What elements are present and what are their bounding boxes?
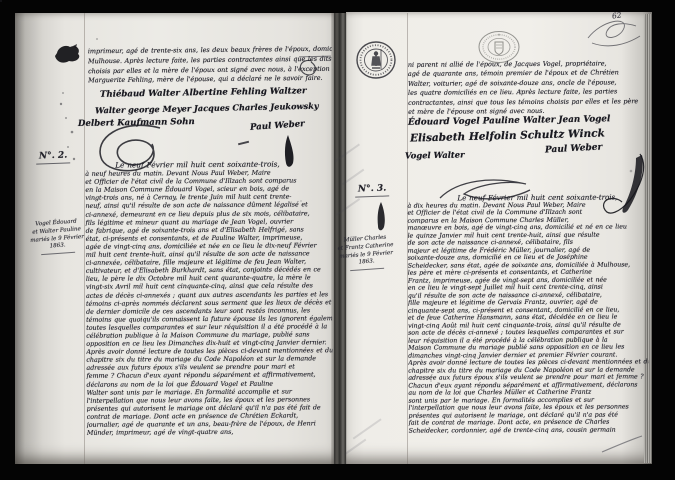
ink-blot bbox=[53, 43, 83, 67]
pen-stroke-bottom-right bbox=[602, 436, 644, 454]
margin-note-left: Vogel Édouardet Walter Paulinemariés le … bbox=[24, 218, 90, 257]
handwritten-line: femme ? Chacun d'eux ayant répondu sépar… bbox=[86, 371, 332, 381]
handwritten-line: ci-annexé, demeurant en ce lieu depuis p… bbox=[85, 209, 331, 219]
folio-flourish bbox=[584, 14, 654, 50]
record-number-3: N°. 3. bbox=[355, 183, 390, 197]
record-3-text: Le neuf Février mil huit cent soixante-t… bbox=[407, 193, 648, 434]
fiscal-figure-stamp bbox=[354, 39, 398, 81]
continuation-text-right: ni parent ni allié de l'époux, de Jacque… bbox=[408, 59, 648, 117]
paper-specks bbox=[0, 0, 2, 2]
handwritten-line: Münder, imprimeur, agé de vingt-quatre a… bbox=[87, 427, 333, 437]
handwritten-line: Le neuf Février mil huit cent soixante-t… bbox=[407, 193, 647, 202]
register-scan: imprimeur, agé de trente-six ans, les de… bbox=[0, 0, 675, 480]
record-2-text: Le neuf Février mil huit cent soixante-t… bbox=[85, 160, 333, 437]
margin-note-right: Müller Charleset Frantz Catherinemariés … bbox=[332, 234, 400, 273]
handwritten-line: son acte de décès ci-annexé ; toutes les… bbox=[408, 328, 648, 337]
end-paraph-loop bbox=[296, 58, 322, 80]
handwritten-line: manœuvre en bois, agé de vingt-cinq ans,… bbox=[408, 223, 648, 232]
handwritten-line: Scheidecker, cordonnier, agé de trente-c… bbox=[409, 426, 649, 435]
ink-streak bbox=[374, 202, 388, 232]
record-number-2: N°. 2. bbox=[36, 150, 71, 164]
signature-row: Vogel Walter bbox=[405, 149, 465, 160]
